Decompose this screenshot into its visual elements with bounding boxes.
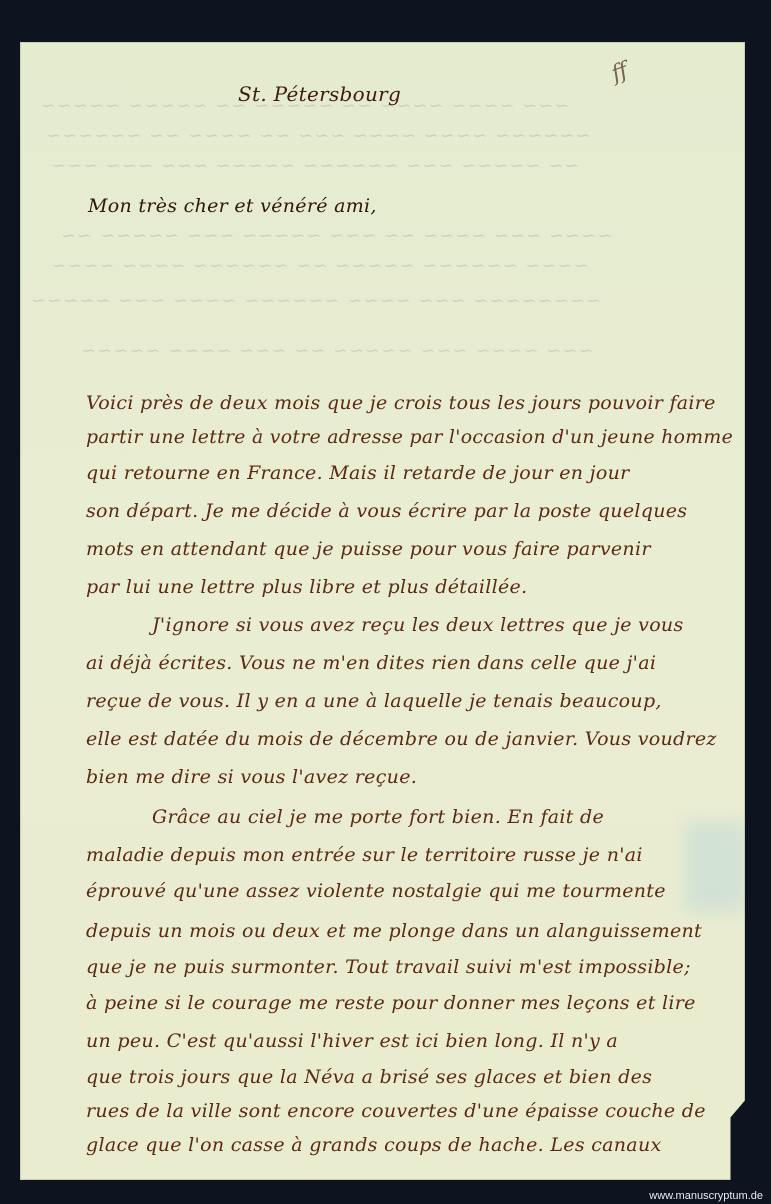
body-line: que trois jours que la Néva a brisé ses …: [86, 1066, 652, 1088]
body-line: maladie depuis mon entrée sur le territo…: [86, 844, 643, 866]
body-line: partir une lettre à votre adresse par l'…: [86, 426, 733, 448]
body-line: reçue de vous. Il y en a une à laquelle …: [86, 690, 662, 712]
body-line: éprouvé qu'une assez violente nostalgie …: [86, 880, 666, 902]
body-line: Voici près de deux mois que je crois tou…: [86, 392, 716, 414]
body-line: par lui une lettre plus libre et plus dé…: [86, 576, 527, 598]
body-line: elle est datée du mois de décembre ou de…: [86, 728, 717, 750]
body-line: son départ. Je me décide à vous écrire p…: [86, 500, 687, 522]
body-line: un peu. C'est qu'aussi l'hiver est ici b…: [86, 1030, 618, 1052]
body-line: mots en attendant que je puisse pour vou…: [86, 538, 651, 560]
watermark: www.manuscryptum.de: [649, 1190, 763, 1202]
body-line: depuis un mois ou deux et me plonge dans…: [86, 920, 702, 942]
place-heading: St. Pétersbourg: [238, 82, 401, 106]
bleed-through-text: ~~~~ ~~~~~~ ~~~~~ ~~ ~~~~~~ ~~~~ ~~~~: [50, 255, 589, 276]
body-line: bien me dire si vous l'avez reçue.: [86, 766, 417, 788]
body-line: que je ne puis surmonter. Tout travail s…: [86, 956, 691, 978]
body-line: qui retourne en France. Mais il retarde …: [86, 462, 630, 484]
body-line: rues de la ville sont encore couvertes d…: [86, 1100, 706, 1122]
bleed-through-text: ~~~ ~~~~ ~~~ ~~~~~ ~~ ~~~ ~~~~ ~~~~~: [80, 340, 593, 361]
bleed-through-text: ~~~~ ~~~ ~~~~ ~~ ~~~ ~~~~~ ~~~ ~~~~~ ~~: [60, 225, 612, 246]
bleed-through-text: ~~~~~~ ~~~~ ~~~~ ~~~ ~~ ~~~~ ~~ ~~~~~~: [45, 125, 591, 146]
body-line: J'ignore si vous avez reçu les deux lett…: [152, 614, 684, 636]
bleed-through-text: ~~ ~~~~~ ~~~ ~~~~~~ ~~~~~ ~~~ ~~~ ~~~: [50, 155, 580, 176]
body-line: ai déjà écrites. Vous ne m'en dites rien…: [86, 652, 656, 674]
salutation: Mon très cher et vénéré ami,: [88, 195, 377, 217]
body-line: glace que l'on casse à grands coups de h…: [86, 1134, 662, 1156]
body-line: à peine si le courage me reste pour donn…: [86, 992, 696, 1014]
body-line: Grâce au ciel je me porte fort bien. En …: [152, 806, 604, 828]
bleed-through-text: ~~~~~~~~ ~~~ ~~~~ ~~~~~~ ~~~~ ~~~ ~~~~~: [30, 290, 601, 311]
